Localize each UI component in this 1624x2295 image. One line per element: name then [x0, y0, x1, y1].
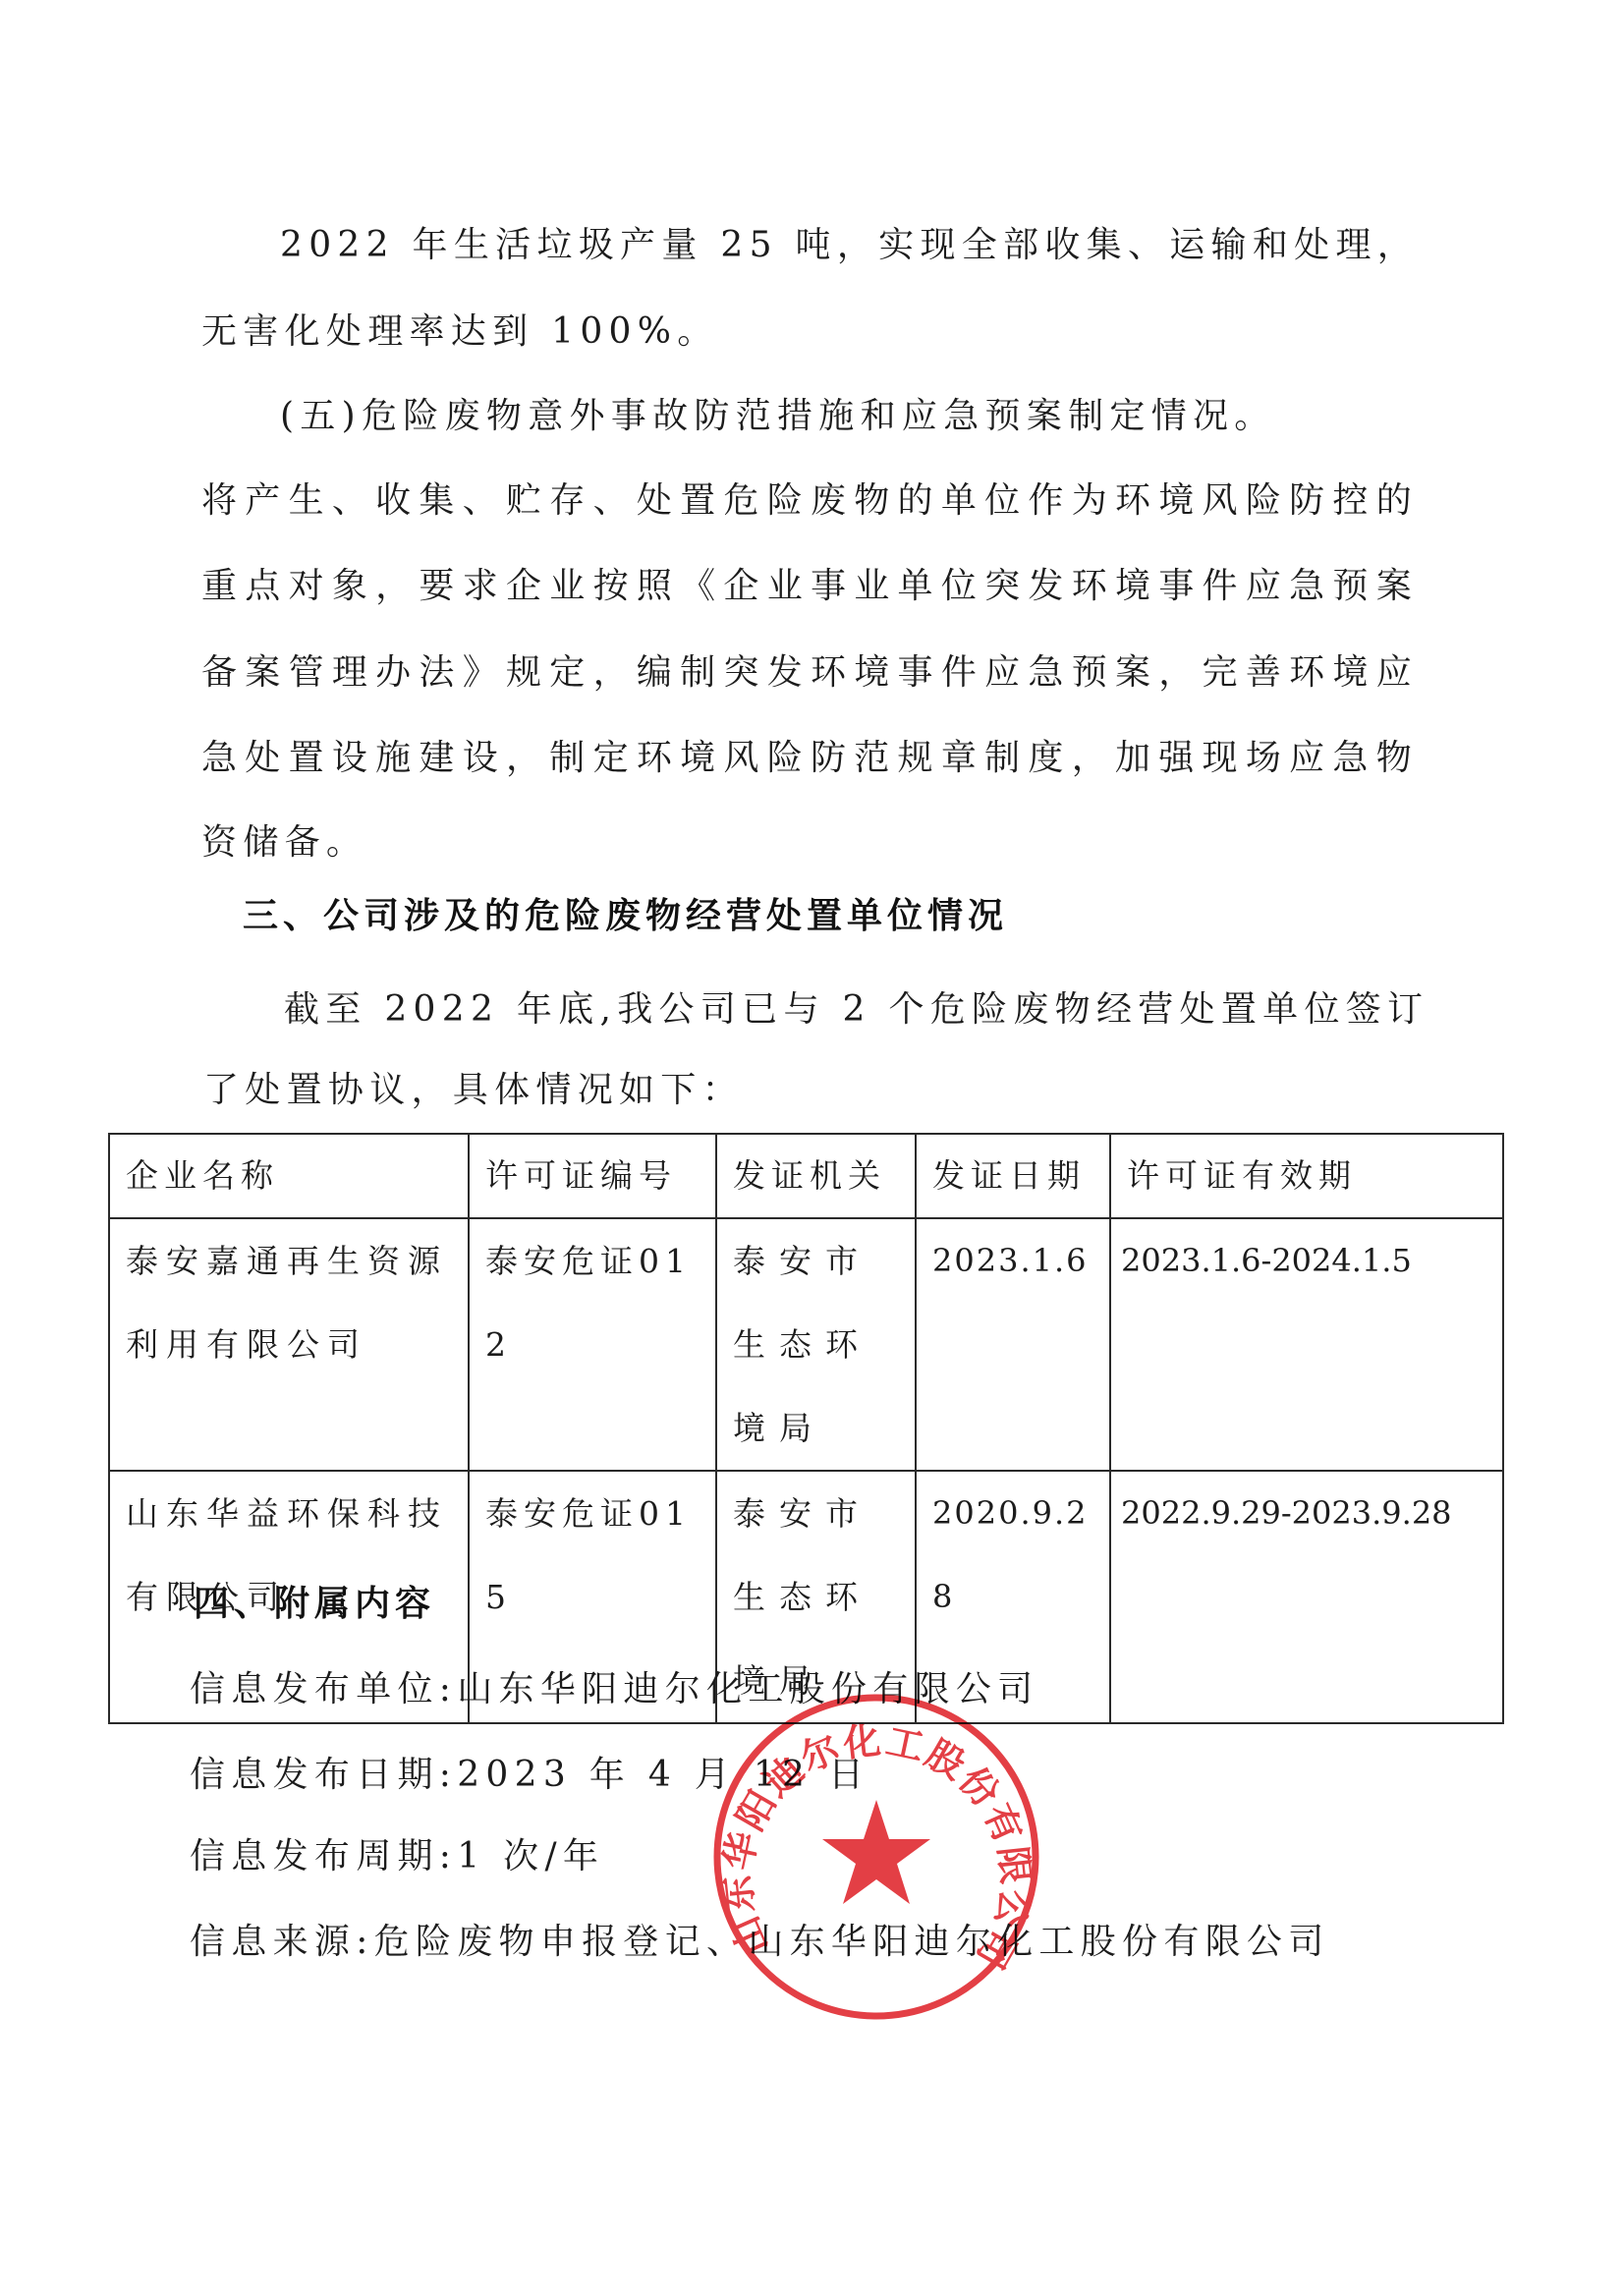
- header-company-name: 企业名称: [109, 1134, 469, 1218]
- section-5-title: (五)危险废物意外事故防范措施和应急预案制定情况。: [280, 395, 1276, 438]
- section-3-intro-line-1: 截至 2022 年底,我公司已与 2 个危险废物经营处置单位签订: [284, 988, 1418, 1032]
- cell-company-name: 泰安嘉通再生资源利用有限公司: [109, 1218, 469, 1471]
- section-4-heading: 四、附属内容: [194, 1583, 435, 1626]
- info-source-line: 信息来源:危险废物申报登记、山东华阳迪尔化工股份有限公司: [190, 1921, 1330, 1964]
- permits-table: 企业名称 许可证编号 发证机关 发证日期 许可证有效期 泰安嘉通再生资源利用有限…: [108, 1133, 1504, 1724]
- section-5-line-5: 资储备。: [201, 821, 367, 865]
- waste-paragraph-line-2: 无害化处理率达到 100%。: [201, 310, 719, 354]
- cell-validity-period: 2022.9.29-2023.9.28: [1110, 1471, 1503, 1723]
- section-3-intro-line-2: 了处置协议，具体情况如下：: [203, 1069, 744, 1112]
- waste-paragraph-line-1: 2022 年生活垃圾产量 25 吨，实现全部收集、运输和处理，: [280, 224, 1418, 267]
- cell-issuing-authority: 泰安市生态环境局: [716, 1218, 916, 1471]
- header-validity-period: 许可证有效期: [1110, 1134, 1503, 1218]
- section-5-line-2: 重点对象，要求企业按照《企业事业单位突发环境事件应急预案: [201, 565, 1418, 608]
- company-seal-stamp: 山东华阳迪尔化工股份有限公司: [709, 1690, 1043, 2024]
- cell-issue-date: 2023.1.6: [916, 1218, 1110, 1471]
- publisher-line: 信息发布单位:山东华阳迪尔化工股份有限公司: [190, 1668, 1038, 1711]
- star-icon: [822, 1800, 930, 1904]
- header-issuing-authority: 发证机关: [716, 1134, 916, 1218]
- permits-table-container: 企业名称 许可证编号 发证机关 发证日期 许可证有效期 泰安嘉通再生资源利用有限…: [108, 1133, 1502, 1563]
- table-header-row: 企业名称 许可证编号 发证机关 发证日期 许可证有效期: [109, 1134, 1503, 1218]
- table-row: 泰安嘉通再生资源利用有限公司 泰安危证012 泰安市生态环境局 2023.1.6…: [109, 1218, 1503, 1471]
- seal-ring: [717, 1698, 1036, 2016]
- section-5-line-1: 将产生、收集、贮存、处置危险废物的单位作为环境风险防控的: [201, 479, 1418, 523]
- section-3-heading: 三、公司涉及的危险废物经营处置单位情况: [243, 895, 1008, 938]
- header-issue-date: 发证日期: [916, 1134, 1110, 1218]
- publish-cycle-line: 信息发布周期:1 次/年: [190, 1835, 604, 1878]
- section-5-line-3: 备案管理办法》规定，编制突发环境事件应急预案，完善环境应: [201, 651, 1418, 695]
- section-5-line-4: 急处置设施建设，制定环境风险防范规章制度，加强现场应急物: [201, 737, 1418, 780]
- header-permit-number: 许可证编号: [469, 1134, 716, 1218]
- cell-validity-period: 2023.1.6-2024.1.5: [1110, 1218, 1503, 1471]
- publish-date-line: 信息发布日期:2023 年 4 月 12 日: [190, 1754, 869, 1797]
- cell-permit-number: 泰安危证012: [469, 1218, 716, 1471]
